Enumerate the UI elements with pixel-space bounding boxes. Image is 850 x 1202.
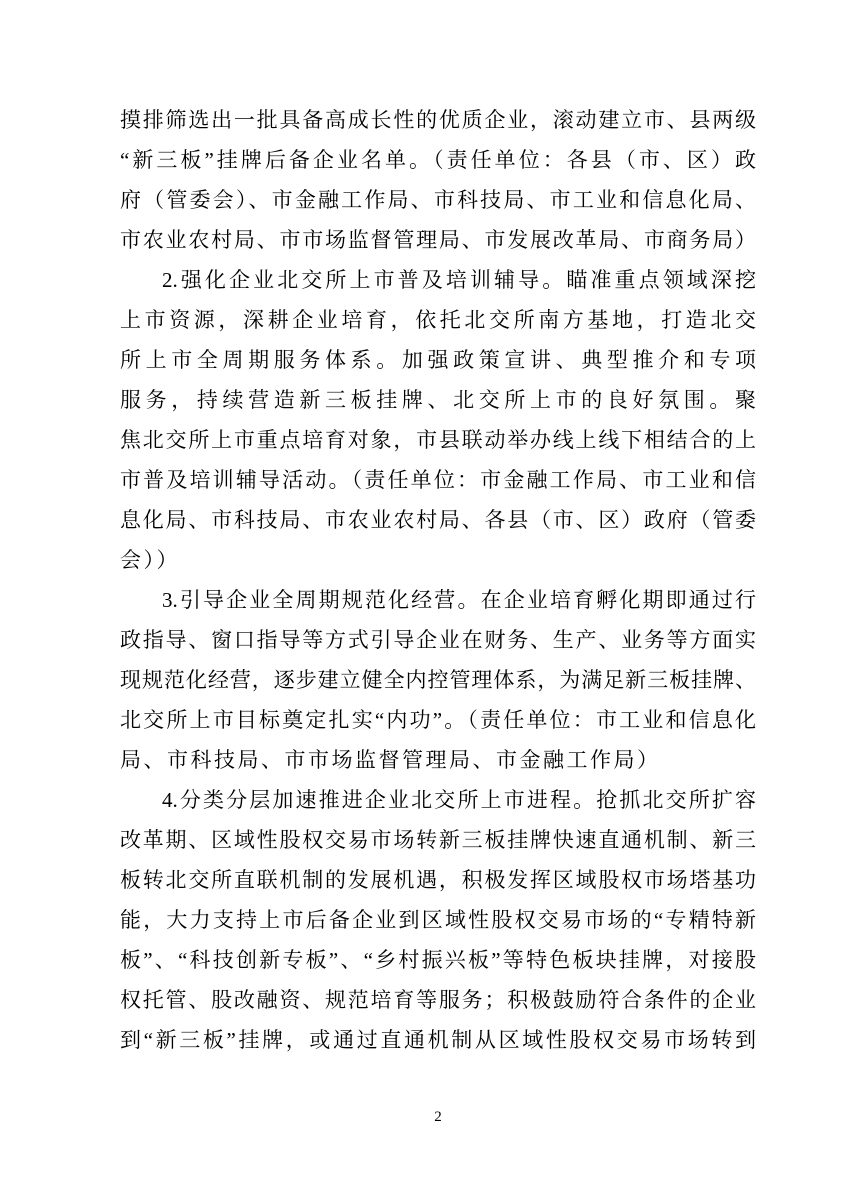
text-line: 服务，持续营造新三板挂牌、北交所上市的良好氛围。聚 — [120, 380, 756, 420]
text-line: 摸排筛选出一批具备高成长性的优质企业，滚动建立市、县两级 — [120, 100, 756, 140]
text-line: 上市资源，深耕企业培育，依托北交所南方基地，打造北交 — [120, 300, 756, 340]
text-line: 2.强化企业北交所上市普及培训辅导。瞄准重点领域深挖 — [120, 260, 756, 300]
document-page: 摸排筛选出一批具备高成长性的优质企业，滚动建立市、县两级 “新三板”挂牌后备企业… — [0, 0, 850, 1202]
text-line: 焦北交所上市重点培育对象，市县联动举办线上线下相结合的上 — [120, 420, 756, 460]
text-line: 市普及培训辅导活动。（责任单位：市金融工作局、市工业和信 — [120, 460, 756, 500]
text-line: 权托管、股改融资、规范培育等服务；积极鼓励符合条件的企业 — [120, 980, 756, 1020]
text-line: 局、市科技局、市市场监督管理局、市金融工作局） — [120, 740, 756, 780]
document-body: 摸排筛选出一批具备高成长性的优质企业，滚动建立市、县两级 “新三板”挂牌后备企业… — [120, 100, 756, 1060]
text-line: 政指导、窗口指导等方式引导企业在财务、生产、业务等方面实 — [120, 620, 756, 660]
text-line: 会）） — [120, 540, 756, 580]
page-footer: 2 — [120, 1108, 756, 1126]
text-line: 北交所上市目标奠定扎实“内功”。（责任单位：市工业和信息化 — [120, 700, 756, 740]
text-line: 改革期、区域性股权交易市场转新三板挂牌快速直通机制、新三 — [120, 820, 756, 860]
text-line: 市农业农村局、市市场监督管理局、市发展改革局、市商务局） — [120, 220, 756, 260]
text-line: 板”、“科技创新专板”、“乡村振兴板”等特色板块挂牌，对接股 — [120, 940, 756, 980]
text-line: 府（管委会）、市金融工作局、市科技局、市工业和信息化局、 — [120, 180, 756, 220]
text-line: 现规范化经营，逐步建立健全内控管理体系，为满足新三板挂牌、 — [120, 660, 756, 700]
text-line: 到“新三板”挂牌，或通过直通机制从区域性股权交易市场转到 — [120, 1020, 756, 1060]
page-number: 2 — [434, 1109, 442, 1125]
text-line: 板转北交所直联机制的发展机遇，积极发挥区域股权市场塔基功 — [120, 860, 756, 900]
text-line: 能，大力支持上市后备企业到区域性股权交易市场的“专精特新 — [120, 900, 756, 940]
text-line: “新三板”挂牌后备企业名单。（责任单位：各县（市、区）政 — [120, 140, 756, 180]
text-line: 3.引导企业全周期规范化经营。在企业培育孵化期即通过行 — [120, 580, 756, 620]
text-line: 4.分类分层加速推进企业北交所上市进程。抢抓北交所扩容 — [120, 780, 756, 820]
text-line: 所上市全周期服务体系。加强政策宣讲、典型推介和专项 — [120, 340, 756, 380]
text-line: 息化局、市科技局、市农业农村局、各县（市、区）政府（管委 — [120, 500, 756, 540]
